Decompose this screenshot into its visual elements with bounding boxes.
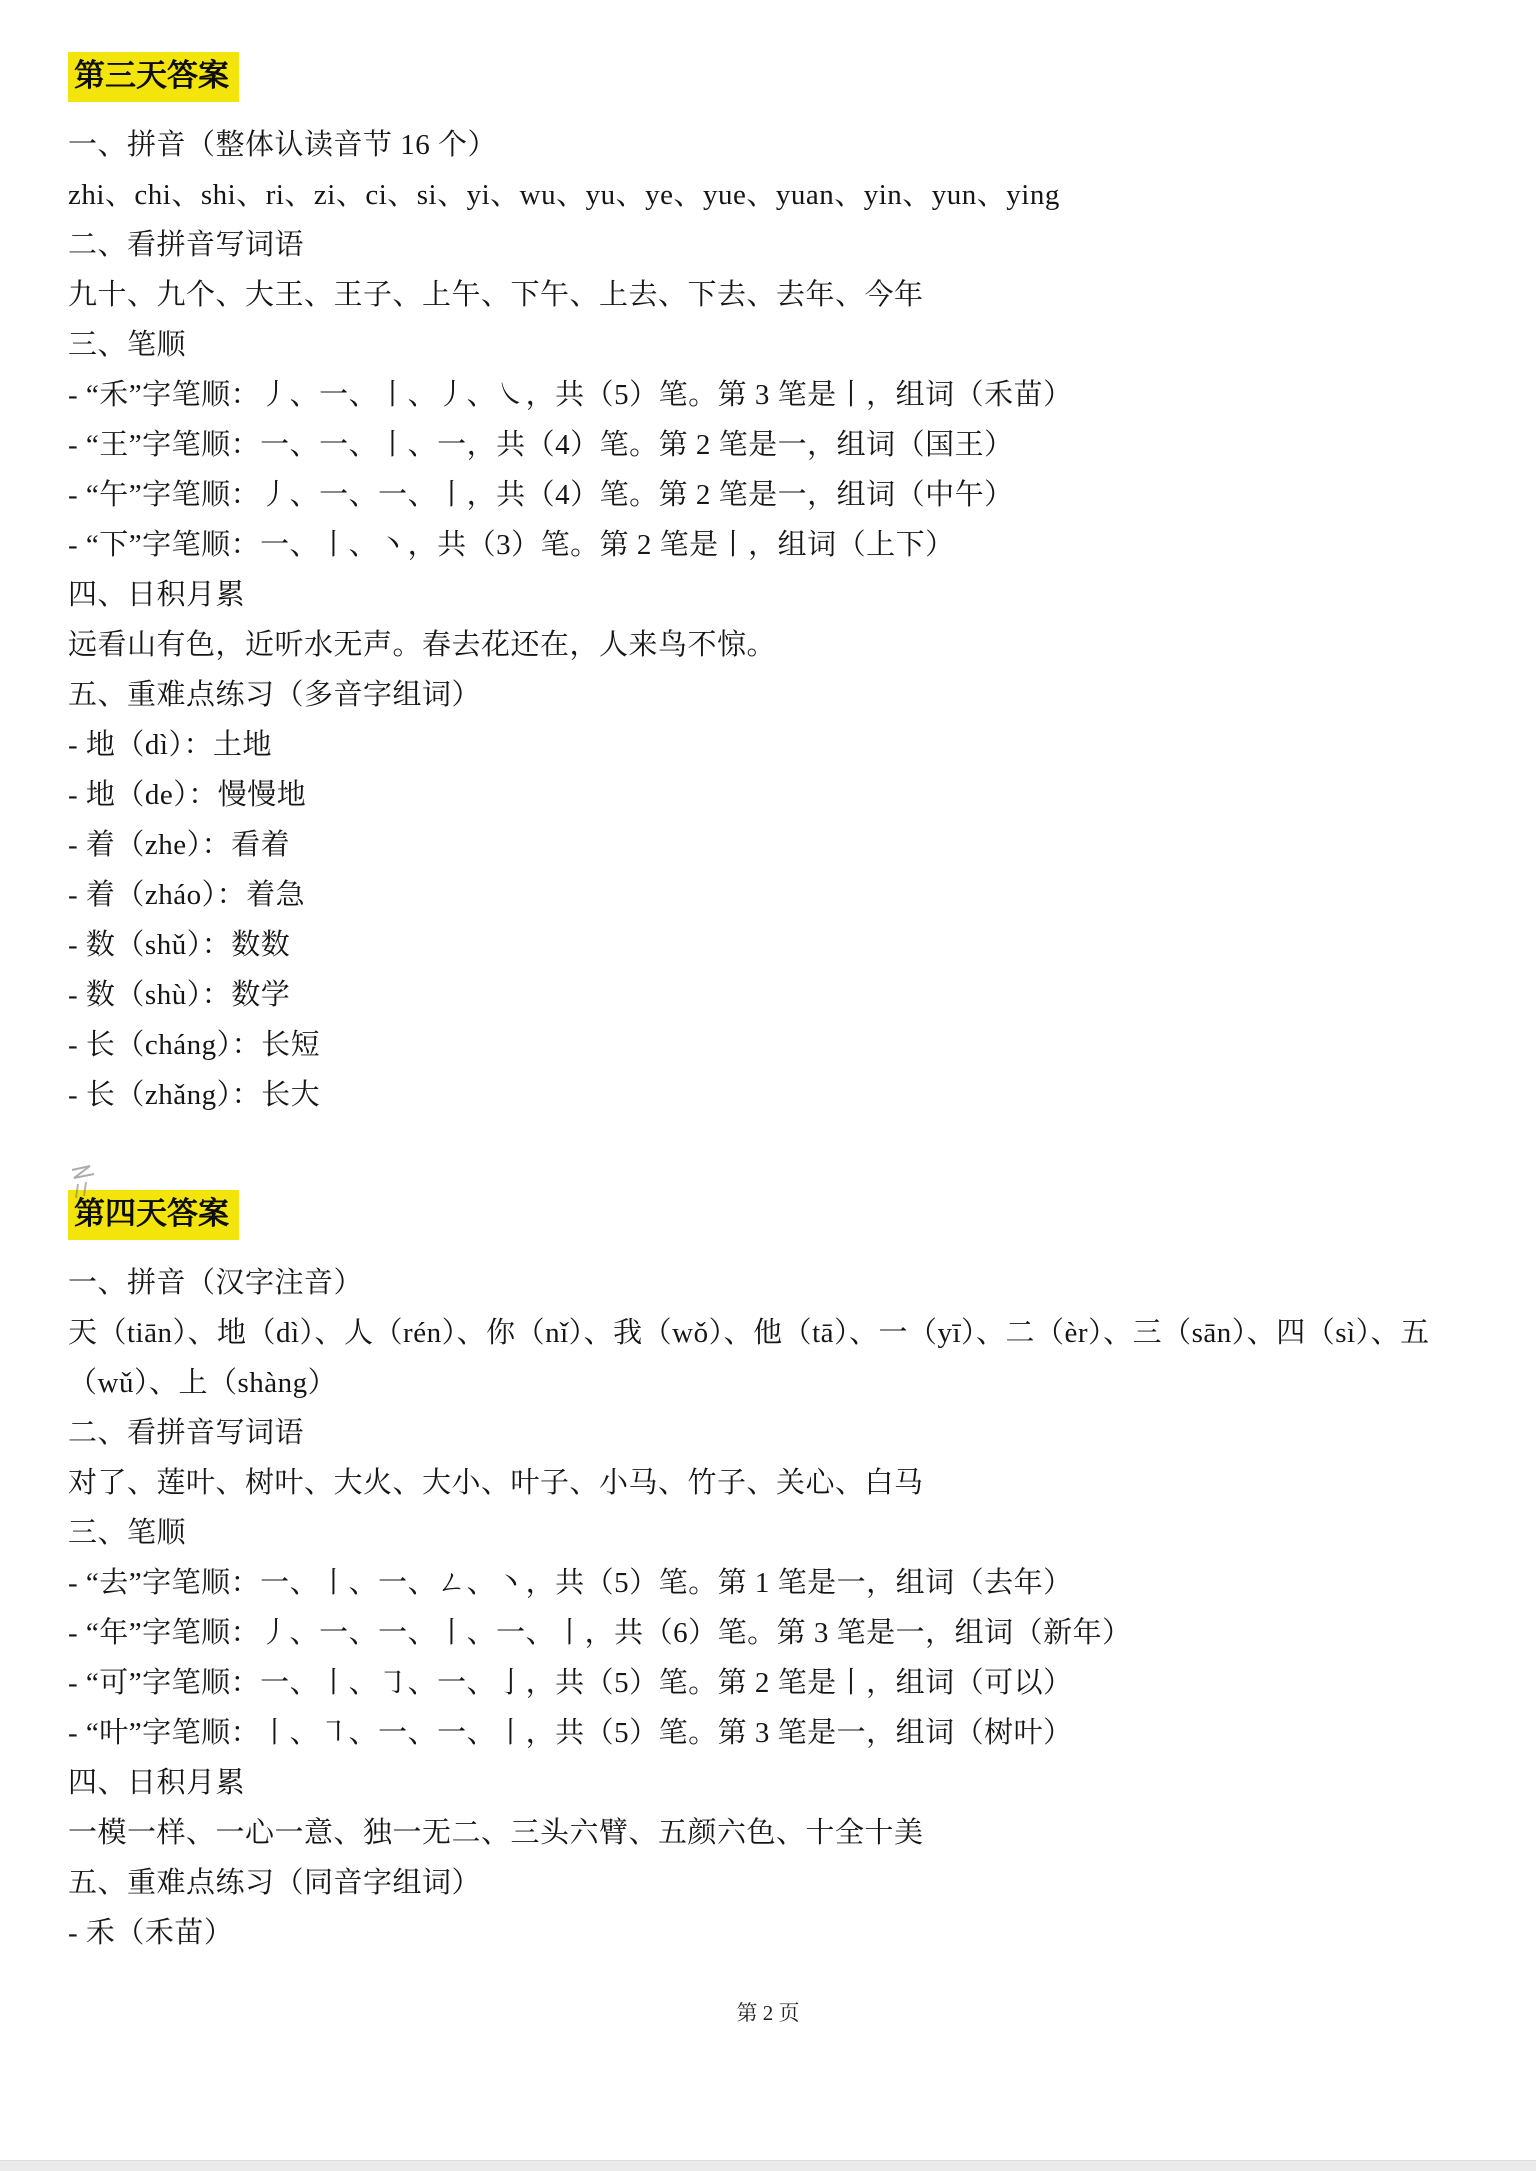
text-line: 四、日积月累 <box>68 1758 1492 1808</box>
text-line: - “禾”字笔顺：丿、一、丨、丿、㇏，共（5）笔。第 3 笔是丨，组词（禾苗） <box>68 370 1492 420</box>
text-line: 九十、九个、大王、王子、上午、下午、上去、下去、去年、今年 <box>68 270 1492 320</box>
page-content: 第三天答案 一、拼音（整体认读音节 16 个） zhi、chi、shi、ri、z… <box>0 0 1536 1958</box>
page-number: 第 2 页 <box>0 1998 1536 2028</box>
text-line: - 长（zhǎng）：长大 <box>68 1070 1492 1120</box>
text-line: - “下”字笔顺：一、丨、丶，共（3）笔。第 2 笔是丨，组词（上下） <box>68 520 1492 570</box>
text-line: 远看山有色，近听水无声。春去花还在，人来鸟不惊。 <box>68 620 1492 670</box>
text-line: 一模一样、一心一意、独一无二、三头六臂、五颜六色、十全十美 <box>68 1808 1492 1858</box>
text-line: - “叶”字笔顺：丨、㇕、一、一、丨，共（5）笔。第 3 笔是一，组词（树叶） <box>68 1708 1492 1758</box>
day3-heading: 第三天答案 <box>68 52 239 102</box>
text-line: - 数（shǔ）：数数 <box>68 920 1492 970</box>
text-line: - 数（shù）：数学 <box>68 970 1492 1020</box>
text-line: - 禾（禾苗） <box>68 1908 1492 1958</box>
text-line: - 长（cháng）：长短 <box>68 1020 1492 1070</box>
text-line: 三、笔顺 <box>68 320 1492 370</box>
day4-section: 第四天答案 一、拼音（汉字注音） 天（tiān）、地（dì）、人（rén）、你（… <box>68 1190 1492 1958</box>
text-line: - “王”字笔顺：一、一、丨、一，共（4）笔。第 2 笔是一，组词（国王） <box>68 420 1492 470</box>
day4-heading-row: 第四天答案 <box>68 1190 1492 1242</box>
text-line: 一、拼音（整体认读音节 16 个） <box>68 120 1492 170</box>
text-line: 四、日积月累 <box>68 570 1492 620</box>
text-line: - 着（zháo）：着急 <box>68 870 1492 920</box>
text-line: - “去”字笔顺：一、丨、一、ㄥ、丶，共（5）笔。第 1 笔是一，组词（去年） <box>68 1558 1492 1608</box>
pen-scribble-artifact <box>64 1164 124 1204</box>
text-line: 一、拼音（汉字注音） <box>68 1258 1492 1308</box>
day3-section: 第三天答案 一、拼音（整体认读音节 16 个） zhi、chi、shi、ri、z… <box>68 52 1492 1120</box>
text-line: - “午”字笔顺：丿、一、一、丨，共（4）笔。第 2 笔是一，组词（中午） <box>68 470 1492 520</box>
text-line: - 着（zhe）：看着 <box>68 820 1492 870</box>
text-line: 天（tiān）、地（dì）、人（rén）、你（nǐ）、我（wǒ）、他（tā）、一… <box>68 1308 1492 1408</box>
text-line: 三、笔顺 <box>68 1508 1492 1558</box>
text-line: - 地（de）：慢慢地 <box>68 770 1492 820</box>
text-line: 对了、莲叶、树叶、大火、大小、叶子、小马、竹子、关心、白马 <box>68 1458 1492 1508</box>
day3-heading-row: 第三天答案 <box>68 52 1492 104</box>
text-line: - 地（dì）：土地 <box>68 720 1492 770</box>
text-line: - “年”字笔顺：丿、一、一、丨、一、丨，共（6）笔。第 3 笔是一，组词（新年… <box>68 1608 1492 1658</box>
text-line: 五、重难点练习（多音字组词） <box>68 670 1492 720</box>
text-line: - “可”字笔顺：一、丨、㇆、一、亅，共（5）笔。第 2 笔是丨，组词（可以） <box>68 1658 1492 1708</box>
text-line: 二、看拼音写词语 <box>68 1408 1492 1458</box>
text-line: 二、看拼音写词语 <box>68 220 1492 270</box>
page-bottom-edge <box>0 2160 1536 2171</box>
text-line: 五、重难点练习（同音字组词） <box>68 1858 1492 1908</box>
text-line: zhi、chi、shi、ri、zi、ci、si、yi、wu、yu、ye、yue、… <box>68 170 1492 220</box>
